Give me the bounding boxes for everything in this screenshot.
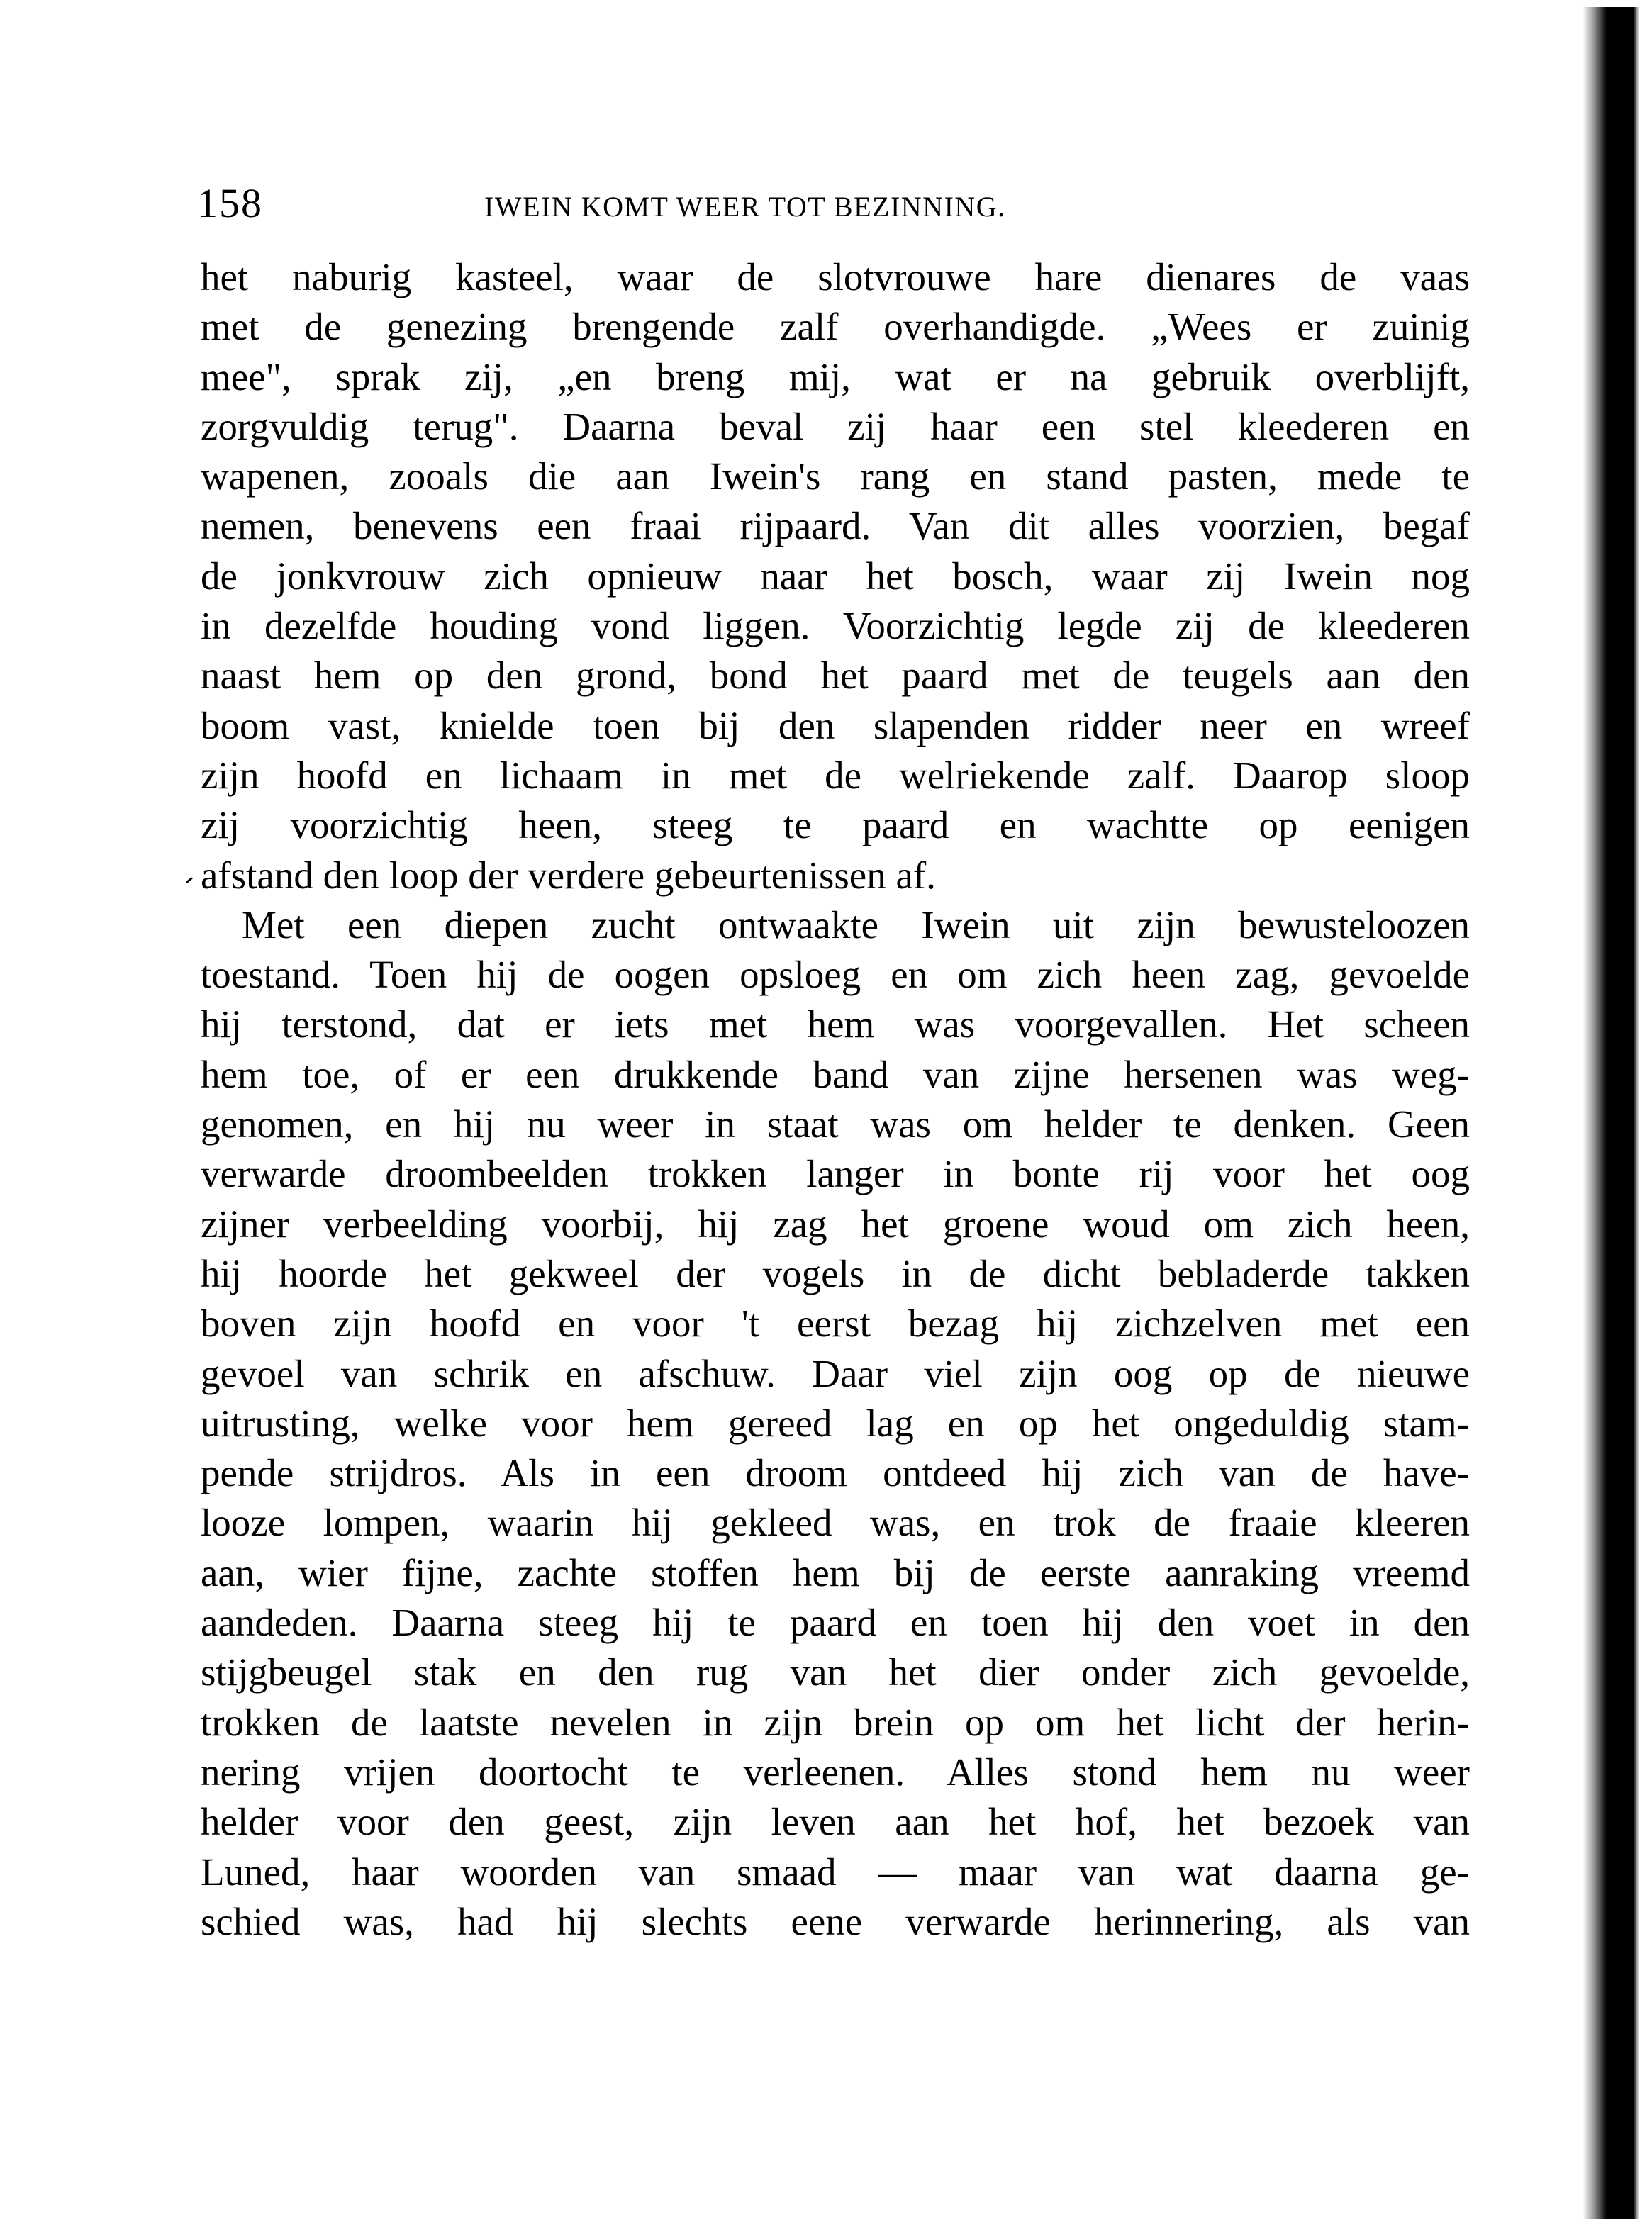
text-line: toestand. Toen hij de oogen opsloeg en o…: [201, 950, 1470, 1000]
paragraph-2: Met een diepen zucht ontwaakte Iwein uit…: [201, 900, 1470, 1947]
text-line: in dezelfde houding vond liggen. Voorzic…: [201, 601, 1470, 651]
text-line: trokken de laatste nevelen in zijn brein…: [201, 1698, 1470, 1748]
text-line: naast hem op den grond, bond het paard m…: [201, 651, 1470, 700]
text-line: helder voor den geest, zijn leven aan he…: [201, 1797, 1470, 1847]
text-line: wapenen, zooals die aan Iwein's rang en …: [201, 452, 1470, 501]
text-line: uitrusting, welke voor hem gereed lag en…: [201, 1399, 1470, 1448]
text-line: de jonkvrouw zich opnieuw naar het bosch…: [201, 552, 1470, 601]
text-line: looze lompen, waarin hij gekleed was, en…: [201, 1498, 1470, 1548]
scan-binding-shadow: [1583, 7, 1639, 2219]
text-line: met de genezing brengende zalf overhandi…: [201, 302, 1470, 352]
text-line: zij voorzichtig heen, steeg te paard en …: [201, 800, 1470, 850]
text-line: Met een diepen zucht ontwaakte Iwein uit…: [201, 900, 1470, 950]
text-line: afstand den loop der verdere gebeurtenis…: [201, 851, 1470, 900]
book-page: 158 IWEIN KOMT WEER TOT BEZINNING. het n…: [0, 0, 1652, 2236]
text-line: zijn hoofd en lichaam in met de welrieke…: [201, 751, 1470, 800]
text-line: boven zijn hoofd en voor 't eerst bezag …: [201, 1299, 1470, 1348]
text-line: hem toe, of er een drukkende band van zi…: [201, 1050, 1470, 1100]
text-line: zijner verbeelding voorbij, hij zag het …: [201, 1200, 1470, 1249]
text-line: Luned, haar woorden van smaad — maar van…: [201, 1848, 1470, 1897]
text-line: hij hoorde het gekweel der vogels in de …: [201, 1249, 1470, 1299]
text-line: nering vrijen doortocht te verleenen. Al…: [201, 1748, 1470, 1797]
text-line: hij terstond, dat er iets met hem was vo…: [201, 1000, 1470, 1049]
running-head: 158 IWEIN KOMT WEER TOT BEZINNING.: [197, 179, 1466, 228]
text-line: genomen, en hij nu weer in staat was om …: [201, 1100, 1470, 1149]
text-line: het naburig kasteel, waar de slotvrouwe …: [201, 252, 1470, 302]
text-line: zorgvuldig terug". Daarna beval zij haar…: [201, 402, 1470, 452]
text-line: schied was, had hij slechts eene verward…: [201, 1897, 1470, 1947]
paragraph-1: het naburig kasteel, waar de slotvrouwe …: [201, 252, 1470, 900]
text-line: stijgbeugel stak en den rug van het dier…: [201, 1648, 1470, 1697]
text-line: nemen, benevens een fraai rijpaard. Van …: [201, 501, 1470, 551]
text-line: aandeden. Daarna steeg hij te paard en t…: [201, 1598, 1470, 1648]
scan-speck: [186, 877, 193, 883]
text-line: verwarde droombeelden trokken langer in …: [201, 1149, 1470, 1199]
text-line: boom vast, knielde toen bij den slapende…: [201, 701, 1470, 751]
body-text: het naburig kasteel, waar de slotvrouwe …: [201, 252, 1470, 1947]
text-line: gevoel van schrik en afschuw. Daar viel …: [201, 1349, 1470, 1399]
running-title: IWEIN KOMT WEER TOT BEZINNING.: [484, 186, 1006, 228]
text-line: pende strijdros. Als in een droom ontdee…: [201, 1448, 1470, 1498]
text-line: aan, wier fijne, zachte stoffen hem bij …: [201, 1548, 1470, 1598]
text-line: mee", sprak zij, „en breng mij, wat er n…: [201, 352, 1470, 402]
page-number: 158: [197, 179, 263, 228]
